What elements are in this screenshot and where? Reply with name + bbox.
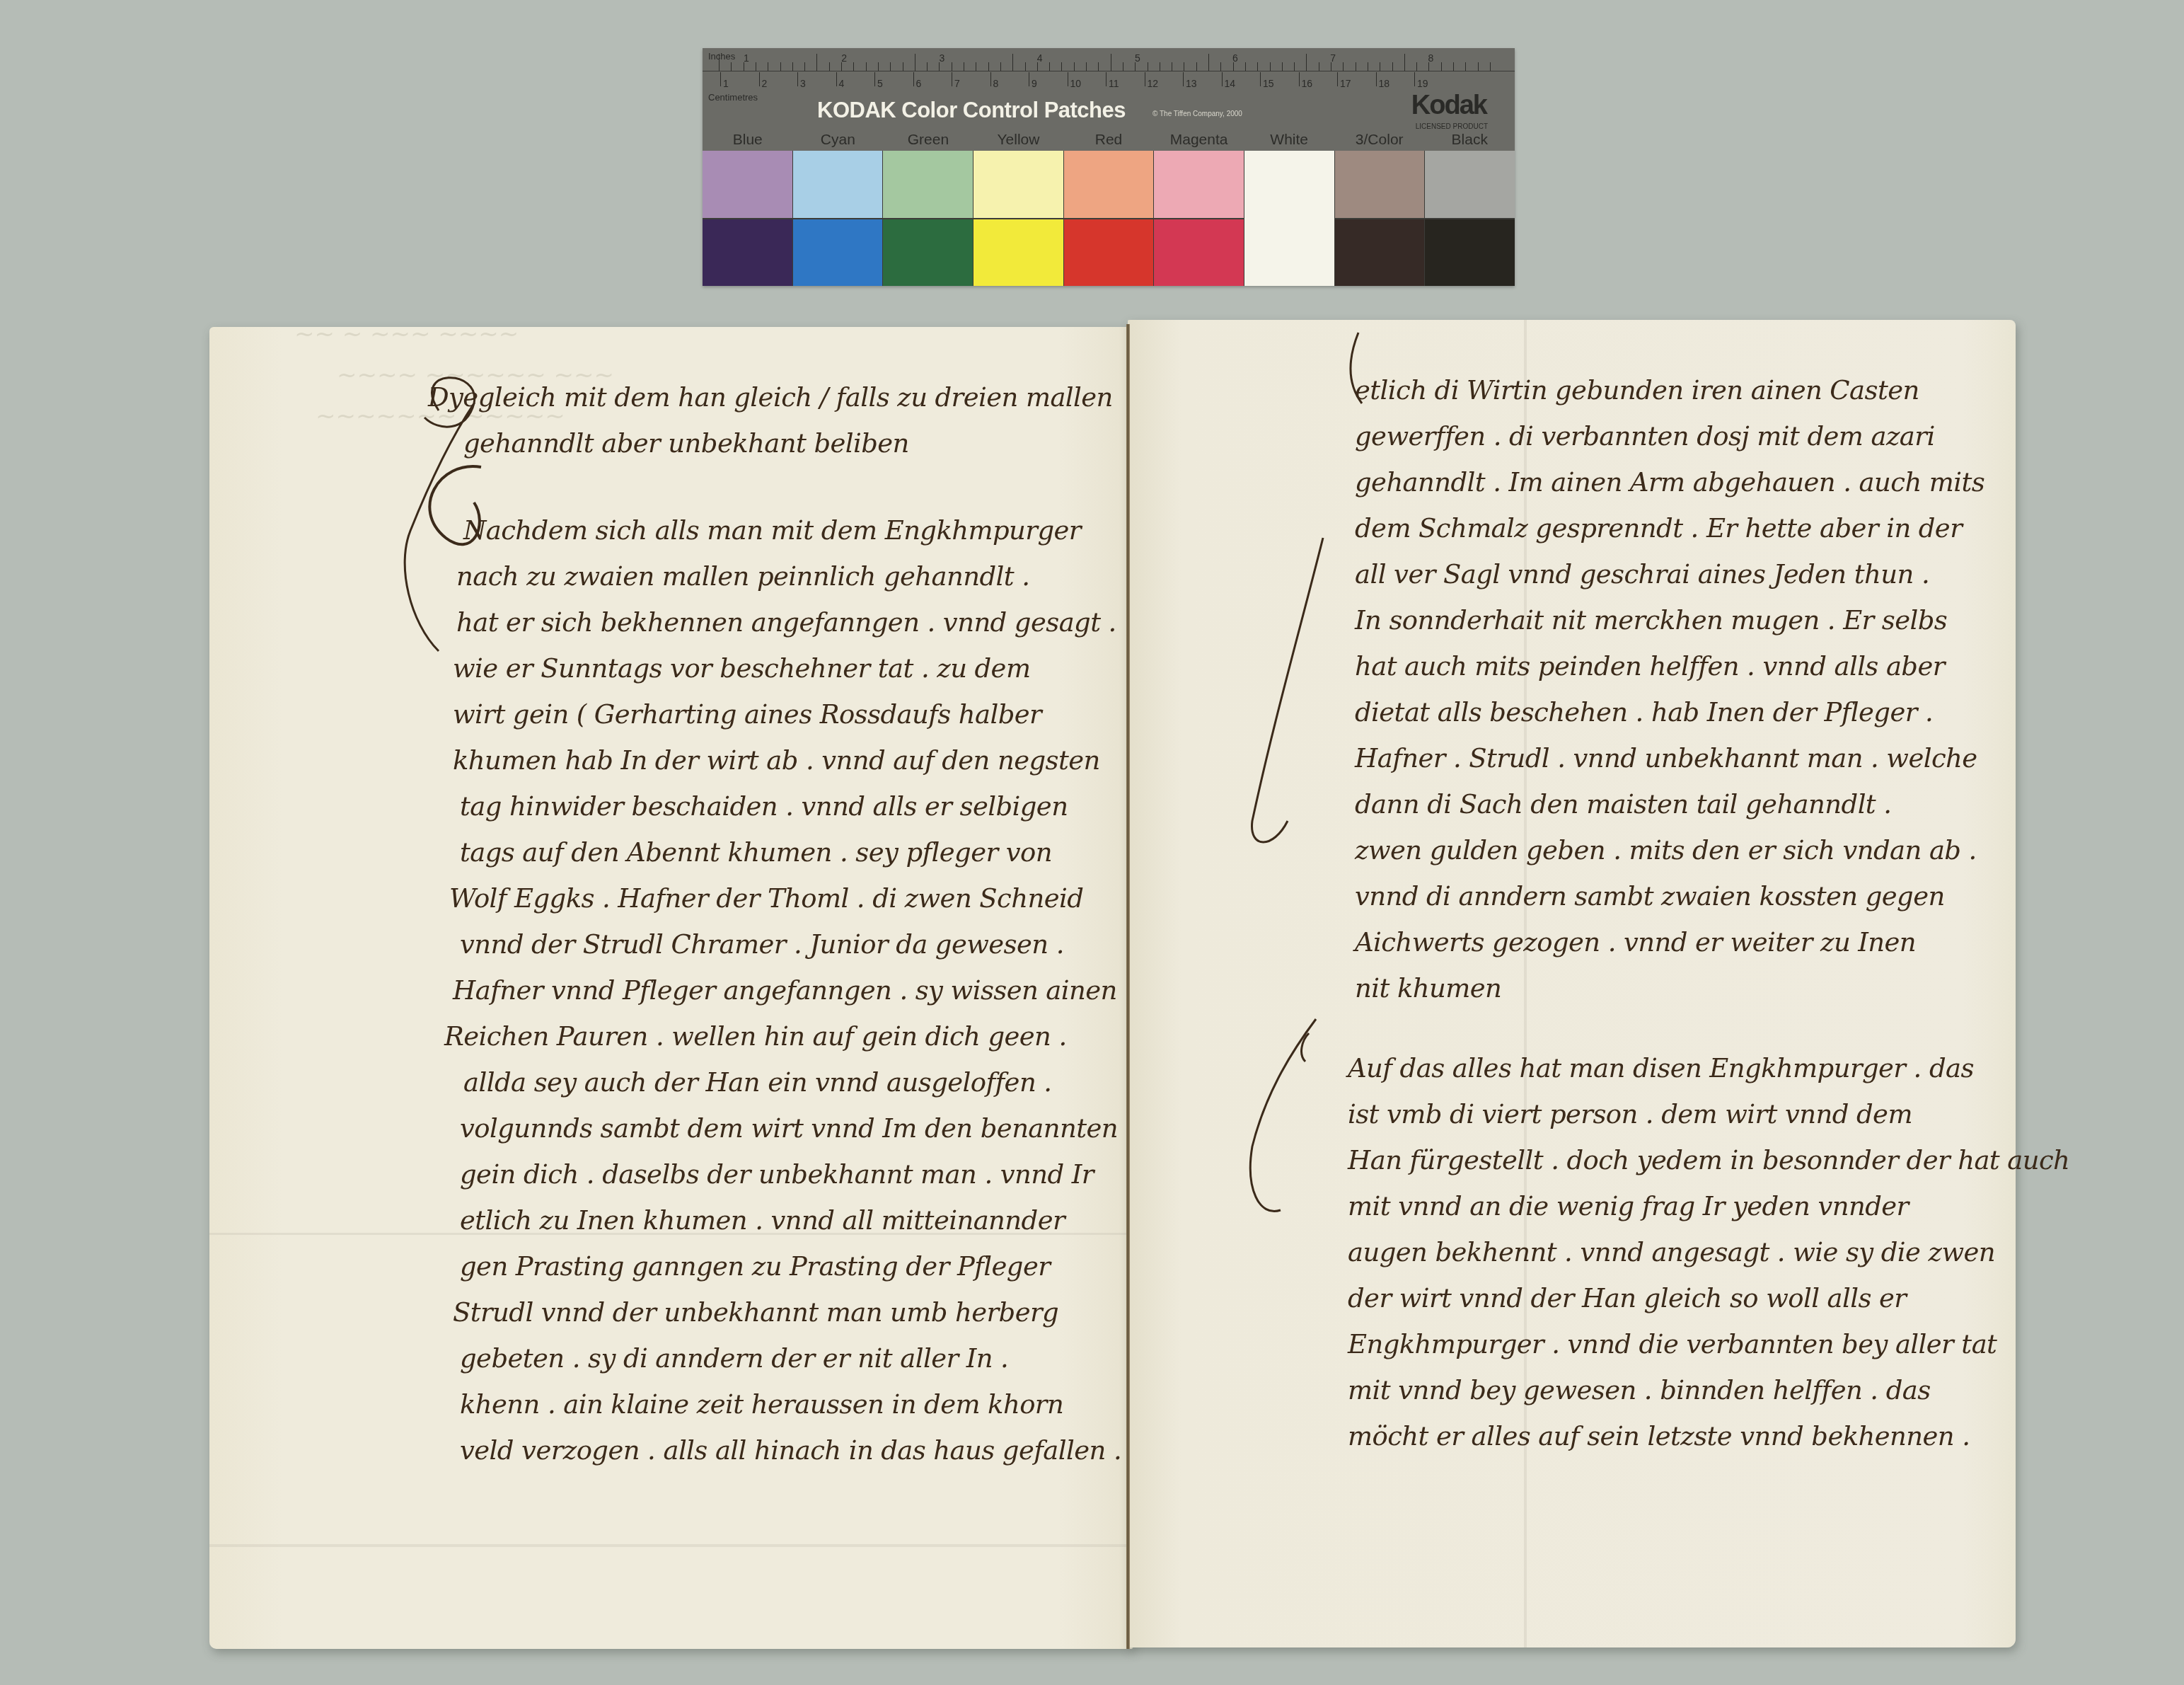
centimetre-mark: 3: [800, 78, 806, 89]
manuscript-line: allda sey auch der Han ein vnnd ausgelof…: [463, 1067, 1051, 1098]
ruler-tick: [976, 62, 976, 71]
manuscript-line: Hafner vnnd Pfleger angefanngen . sy wis…: [453, 975, 1117, 1006]
dark-patch: [1244, 219, 1334, 287]
ruler-tick: [1343, 62, 1344, 71]
ruler-tick: [804, 62, 805, 71]
manuscript-line: khenn . ain klaine zeit heraussen in dem…: [460, 1389, 1063, 1420]
paragraph-initial-flourish-icon: [1238, 1005, 1323, 1231]
ruler-tick: [1183, 72, 1184, 86]
centimetre-mark: 1: [723, 78, 729, 89]
ruler-tick: [990, 72, 991, 86]
ruler-tick: [952, 62, 952, 71]
patch-column-cyan: [793, 151, 884, 286]
strip-title: KODAK Color Control Patches: [817, 98, 1126, 123]
ruler-tick: [1299, 72, 1300, 86]
patch-label-3color: 3/Color: [1334, 132, 1425, 150]
patch-column-black: [1425, 151, 1515, 286]
ruler-tick: [1012, 54, 1013, 71]
centimetre-mark: 4: [839, 78, 845, 89]
manuscript-line: etlich di Wirtin gebunden iren ainen Cas…: [1355, 375, 1919, 406]
manuscript-line: gebeten . sy di anndern der er nit aller…: [460, 1343, 1008, 1374]
manuscript-line: der wirt vnnd der Han gleich so woll all…: [1348, 1283, 1906, 1313]
licensed-product-label: LICENSED PRODUCT: [1416, 123, 1488, 131]
patch-label-magenta: Magenta: [1154, 132, 1244, 150]
dark-patch: [973, 218, 1063, 287]
kodak-logo: Kodak: [1411, 91, 1486, 121]
patch-column-magenta: [1154, 151, 1244, 286]
kodak-color-control-strip: Inches Centimetres 12345678 123456789101…: [703, 48, 1515, 286]
inch-mark: 4: [1037, 52, 1043, 64]
light-patch: [703, 151, 792, 218]
ruler-tick: [878, 62, 879, 71]
ruler-tick: [1000, 62, 1001, 71]
ruler-tick: [964, 62, 964, 71]
dark-patch: [883, 218, 973, 287]
manuscript-line: gewerffen . di verbannten dosj mit dem a…: [1355, 421, 1935, 452]
ruler-tick: [768, 62, 768, 71]
light-patch: [793, 151, 883, 218]
ruler-tick: [1453, 62, 1454, 71]
patch-label-black: Black: [1425, 132, 1515, 150]
manuscript-line: Aichwerts gezogen . vnnd er weiter zu In…: [1355, 927, 1916, 957]
ruler-tick: [1184, 62, 1184, 71]
centimetre-mark: 12: [1148, 78, 1159, 89]
manuscript-line: Auf das alles hat man disen Engkhmpurger…: [1348, 1053, 1974, 1083]
ruler-tick: [1270, 62, 1271, 71]
ruler-tick: [797, 72, 798, 86]
light-patch: [1335, 151, 1425, 218]
inch-mark: 6: [1232, 52, 1238, 64]
light-patch: [973, 151, 1063, 218]
ruler-tick: [1294, 62, 1295, 71]
color-patches: [703, 151, 1515, 286]
light-patch: [883, 151, 973, 218]
centimetre-mark: 11: [1109, 78, 1119, 89]
ruler-tick: [1172, 62, 1172, 71]
inch-mark: 5: [1135, 52, 1140, 64]
ruler-tick: [1160, 62, 1160, 71]
manuscript-line: Engkhmpurger . vnnd die verbannten bey a…: [1348, 1329, 1997, 1359]
manuscript-line: gehanndlt . Im ainen Arm abgehauen . auc…: [1355, 467, 1984, 498]
ruler-tick: [1380, 62, 1380, 71]
ruler-tick: [731, 62, 732, 71]
ruler-tick: [1245, 62, 1246, 71]
ruler-tick: [1123, 62, 1123, 71]
manuscript-line: tag hinwider beschaiden . vnnd alls er s…: [460, 791, 1068, 822]
inch-mark: 3: [939, 52, 944, 64]
bleed-through-text: ~~ ~ ~~~ ~~~~: [294, 320, 519, 348]
ruler-tick: [759, 72, 760, 86]
manuscript-line: dem Schmalz gesprenndt . Er hette aber i…: [1355, 513, 1962, 544]
manuscript-line: etlich zu Inen khumen . vnnd all mittein…: [460, 1205, 1065, 1236]
ruler-tick: [1490, 62, 1491, 71]
manuscript-line: zwen gulden geben . mits den er sich vnd…: [1355, 835, 1977, 865]
manuscript-line: augen bekhennt . vnnd angesagt . wie sy …: [1348, 1237, 1995, 1267]
ruler-tick: [720, 72, 721, 86]
manuscript-line: nach zu zwaien mallen peinnlich gehanndl…: [456, 561, 1029, 592]
manuscript-line: veld verzogen . alls all hinach in das h…: [460, 1435, 1121, 1466]
ruler-tick: [1414, 72, 1415, 86]
manuscript-line: Reichen Pauren . wellen hin auf gein dic…: [444, 1021, 1067, 1052]
ruler-tick: [988, 62, 989, 71]
ruler-tick: [1074, 62, 1075, 71]
patch-column-yellow: [973, 151, 1064, 286]
ruler-tick: [1068, 72, 1068, 86]
ruler-tick: [1106, 72, 1107, 86]
ruler-tick: [1337, 72, 1338, 86]
manuscript-line: Strudl vnnd der unbekhannt man umb herbe…: [453, 1297, 1058, 1328]
manuscript-line: all ver Sagl vnnd geschrai aines Jeden t…: [1355, 559, 1929, 590]
ruler-tick: [1282, 62, 1283, 71]
ruler-tick: [1416, 62, 1417, 71]
manuscript-line: möcht er alles auf sein letzste vnnd bek…: [1348, 1421, 1970, 1451]
manuscript-line: Dyegleich mit dem han gleich / falls zu …: [428, 382, 1113, 413]
ruler-tick: [1356, 62, 1356, 71]
ruler-tick: [1145, 72, 1145, 86]
inches-label: Inches: [708, 51, 735, 62]
manuscript-line: Hafner . Strudl . vnnd unbekhannt man . …: [1355, 743, 1977, 774]
ruler-tick: [952, 72, 952, 86]
patch-labels: Blue Cyan Green Yellow Red Magenta White…: [703, 132, 1515, 150]
ruler-tick: [1368, 62, 1368, 71]
ruler-tick: [829, 62, 830, 71]
manuscript-line: hat auch mits peinden helffen . vnnd all…: [1355, 651, 1945, 682]
centimetre-mark: 15: [1263, 78, 1274, 89]
manuscript-line: Nachdem sich alls man mit dem Engkhmpurg…: [463, 515, 1081, 546]
book-gutter: [1126, 324, 1130, 1649]
centimetre-mark: 7: [954, 78, 960, 89]
ruler-tick: [1441, 62, 1442, 71]
dark-patch: [1154, 218, 1244, 287]
ruler-tick: [1404, 54, 1405, 71]
manuscript-line: vnnd der Strudl Chramer . Junior da gewe…: [460, 929, 1064, 960]
ruler-tick: [913, 72, 914, 86]
manuscript-line: khumen hab In der wirt ab . vnnd auf den…: [453, 745, 1100, 776]
ruler-tick: [1148, 62, 1148, 71]
centimetre-mark: 14: [1225, 78, 1236, 89]
paper-fold: [209, 1544, 1133, 1547]
ruler-tick: [1478, 62, 1479, 71]
patch-label-green: Green: [883, 132, 973, 150]
centimetre-mark: 6: [916, 78, 922, 89]
centimetre-mark: 2: [762, 78, 768, 89]
marginal-flourish-icon: [1245, 326, 1365, 863]
dark-patch: [1064, 218, 1154, 287]
manuscript-line: Wolf Eggks . Hafner der Thoml . di zwen …: [449, 883, 1083, 914]
ruler-tick: [866, 62, 867, 71]
inch-mark: 2: [841, 52, 847, 64]
manuscript-line: hat er sich bekhennen angefanngen . vnnd…: [456, 607, 1116, 638]
dark-patch: [793, 218, 883, 287]
ruler-tick: [1319, 62, 1319, 71]
centimetre-mark: 13: [1186, 78, 1197, 89]
manuscript-line: nit khumen: [1355, 973, 1501, 1003]
ruler-tick: [1306, 54, 1307, 71]
manuscript-line: gehanndlt aber unbekhant beliben: [463, 428, 909, 459]
ruler-tick: [792, 62, 793, 71]
centimetre-mark: 9: [1032, 78, 1037, 89]
ruler-tick: [1376, 72, 1377, 86]
ruler-tick: [915, 54, 915, 71]
ruler-tick: [874, 72, 875, 86]
ruler-tick: [1098, 62, 1099, 71]
ruler-tick: [1222, 72, 1223, 86]
centimetre-mark: 16: [1302, 78, 1313, 89]
manuscript-line: ist vmb di viert person . dem wirt vnnd …: [1348, 1099, 1912, 1129]
strip-copyright: © The Tiffen Company, 2000: [1152, 110, 1242, 118]
ruler-tick: [780, 62, 781, 71]
patch-label-white: White: [1244, 132, 1334, 150]
ruler-tick: [853, 62, 854, 71]
ruler-tick: [1257, 62, 1258, 71]
centimetre-mark: 18: [1379, 78, 1390, 89]
manuscript-line: mit vnnd bey gewesen . binnden helffen .…: [1348, 1375, 1931, 1405]
manuscript-line: gein dich . daselbs der unbekhannt man .…: [460, 1159, 1094, 1190]
patch-label-cyan: Cyan: [793, 132, 884, 150]
inch-mark: 1: [744, 52, 749, 64]
inch-mark: 8: [1428, 52, 1434, 64]
ruler-tick: [1029, 72, 1029, 86]
ruler-tick: [1086, 62, 1087, 71]
light-patch: [1064, 151, 1154, 218]
centimetre-mark: 17: [1340, 78, 1351, 89]
dark-patch: [1335, 218, 1425, 287]
ruler-tick: [927, 62, 928, 71]
patch-column-3color: [1335, 151, 1426, 286]
ruler-tick: [1220, 62, 1221, 71]
patch-label-blue: Blue: [703, 132, 793, 150]
manuscript-line: vnnd di anndern sambt zwaien kossten geg…: [1355, 881, 1945, 911]
manuscript-line: tags auf den Abennt khumen . sey pfleger…: [460, 837, 1052, 868]
patch-column-blue: [703, 151, 793, 286]
ruler-tick: [1025, 62, 1026, 71]
manuscript-line: Han fürgestellt . doch yedem in besonnde…: [1348, 1145, 2069, 1175]
light-patch: [1425, 151, 1515, 218]
light-patch: [1244, 151, 1334, 219]
dark-patch: [1425, 218, 1515, 287]
manuscript-line: mit vnnd an die wenig frag Ir yeden vnnd…: [1348, 1191, 1909, 1221]
ruler-tick: [1465, 62, 1466, 71]
patch-label-yellow: Yellow: [973, 132, 1064, 150]
ruler-divider: [703, 71, 1515, 71]
ruler-tick: [756, 62, 756, 71]
ruler-tick: [1061, 62, 1062, 71]
centimetres-label: Centimetres: [708, 92, 758, 103]
ruler-tick: [1208, 54, 1209, 71]
patch-label-red: Red: [1063, 132, 1154, 150]
centimetre-mark: 19: [1417, 78, 1428, 89]
manuscript-line: dietat alls beschehen . hab Inen der Pfl…: [1355, 697, 1933, 728]
centimetre-mark: 5: [877, 78, 883, 89]
manuscript-line: gen Prasting ganngen zu Prasting der Pfl…: [460, 1251, 1050, 1282]
ruler-tick: [1049, 62, 1050, 71]
ruler-tick: [890, 62, 891, 71]
ruler-tick: [816, 54, 817, 71]
ruler-tick: [836, 72, 837, 86]
patch-column-red: [1064, 151, 1155, 286]
patch-column-green: [883, 151, 973, 286]
ruler-tick: [1196, 62, 1197, 71]
ruler-tick: [1392, 62, 1393, 71]
manuscript-line: wie er Sunntags vor beschehner tat . zu …: [453, 653, 1030, 684]
manuscript-line: wirt gein ( Gerharting aines Rossdaufs h…: [453, 699, 1041, 730]
ruler-tick: [903, 62, 903, 71]
ruler-tick: [1111, 54, 1111, 71]
patch-column-white: [1244, 151, 1335, 286]
centimetre-mark: 10: [1070, 78, 1082, 89]
manuscript-line: dann di Sach den maisten tail gehanndlt …: [1355, 789, 1891, 820]
ruler-tick: [719, 54, 720, 71]
manuscript-line: In sonnderhait nit merckhen mugen . Er s…: [1355, 605, 1947, 636]
light-patch: [1154, 151, 1244, 218]
dark-patch: [703, 218, 792, 287]
manuscript-line: volgunnds sambt dem wirt vnnd Im den ben…: [460, 1113, 1118, 1144]
inch-mark: 7: [1330, 52, 1336, 64]
ruler-tick: [1260, 72, 1261, 86]
centimetre-mark: 8: [993, 78, 999, 89]
